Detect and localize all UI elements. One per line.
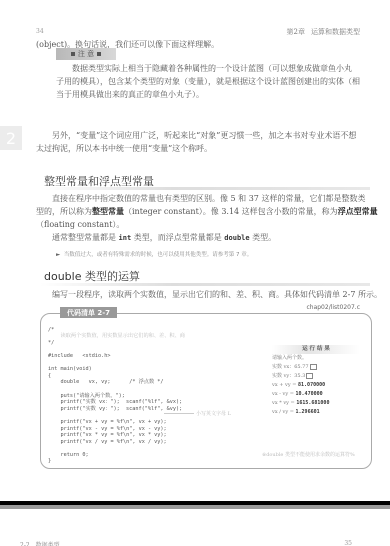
paragraph-line: 直接在程序中指定数值的常量也有类型的区别。像 5 和 37 这样的常量，它们都是…	[36, 192, 378, 205]
code-line: */	[48, 340, 185, 347]
enter-key-icon	[310, 364, 317, 370]
paragraph-line: （floating constant）。	[36, 218, 378, 231]
code-line: printf("vx / vy = %f\n", vx / vy);	[48, 439, 185, 446]
result-prompt: 请输入两个数。	[272, 354, 360, 363]
paragraph-line: 编写一段程序，读取两个实数值，显示出它们的和、差、积、商。具体如代码清单 2-7…	[52, 288, 382, 301]
paragraph-line: 太过拘泥，所以本书中统一使用“变量”这个称呼。	[36, 142, 356, 155]
value: 10.470000	[296, 391, 323, 397]
square-bullet-icon	[97, 52, 101, 56]
note-label-text: 注 意	[78, 49, 94, 59]
page-number-bottom: 35	[344, 540, 352, 546]
paragraph-line: 型的，所以称为整型常量（integer constant）。像 3.14 这样包…	[36, 205, 378, 218]
listing-label: 代码清单 2-7	[60, 307, 117, 318]
heading-rule	[40, 187, 370, 190]
code-line: printf("vx - vy = %f\n", vx - vy);	[48, 426, 185, 433]
code-line	[48, 346, 185, 353]
code-block: /* 读取两个实数值，用实数显示出它们的和、差、积、商*/ #include <…	[48, 320, 185, 472]
result-input-vy: 实数 vy：35.3	[272, 372, 360, 381]
chapter-title: 运算和数据类型	[311, 28, 360, 36]
code-line: #include <stdio.h>	[48, 353, 185, 360]
note-body: 数据类型实际上相当于隐藏着各种属性的一个设计蓝图（可以想象成做章鱼小丸 子用的模…	[56, 62, 360, 101]
chapter-tab: 2	[0, 126, 22, 150]
value: 65.77	[294, 364, 308, 370]
note-line: 当于用模具做出来的真正的章鱼小丸子）。	[56, 88, 360, 101]
text: 类型，而浮点型常量都是	[131, 233, 224, 242]
page-divider-gray	[0, 505, 390, 509]
callout-return: ※double 类型不能使用求余数的运算符%	[262, 451, 355, 458]
paragraph-line: 另外，“变量”这个词应用广泛，听起来比“对象”更习惯一些，加之本书对专业术语不想	[36, 129, 356, 142]
expr: vx - vy =	[272, 391, 296, 397]
note-line: 子用的模具），包含某个类型的对象（变量），就是根据这个设计蓝图创建出的实体（相	[56, 75, 360, 88]
callout-leader	[164, 413, 194, 414]
code-line	[48, 445, 185, 452]
expr: vx / vy =	[272, 409, 296, 415]
paragraph-line: 通常整型常量都是 int 类型，而浮点型常量都是 double 类型。	[36, 231, 378, 245]
heading-rule	[40, 283, 370, 286]
code-line	[48, 360, 185, 367]
result-header: 运 行 结 果	[272, 345, 360, 354]
text: 类型。	[250, 233, 277, 242]
code-line: }	[48, 458, 185, 465]
text: 型的，所以称为	[36, 207, 92, 216]
result-output: vx / vy = 1.296601	[272, 408, 360, 417]
section-title: 数据类型	[36, 542, 60, 546]
note-label: 注 意	[56, 48, 116, 60]
running-footer: 2-2数据类型	[20, 540, 60, 546]
run-result: 运 行 结 果 请输入两个数。 实数 vx：65.77 实数 vy：35.3 v…	[272, 345, 360, 417]
triangle-bullet-icon: ►	[56, 252, 60, 258]
square-bullet-icon	[71, 52, 75, 56]
text: （integer constant）。像 3.14 这样包含小数的常量，称为	[124, 207, 338, 216]
code-line: return 0;	[48, 452, 185, 459]
bullet-note: ► 当数值过大，或者有特殊需求的时候，也可以使用其他类型。请参考第 7 章。	[56, 250, 252, 258]
term-floating-constant: 浮点型常量	[338, 206, 378, 216]
value: 1.296601	[296, 409, 320, 415]
enter-key-icon	[306, 373, 313, 379]
chapter-number: 第2章	[287, 28, 305, 36]
result-output: vx * vy = 1615.681000	[272, 399, 360, 408]
result-output: vx - vy = 10.470000	[272, 390, 360, 399]
code-line: 读取两个实数值，用实数显示出它们的和、差、积、商	[48, 333, 185, 340]
value: 81.070000	[298, 382, 325, 388]
result-output: vx + vy = 81.070000	[272, 381, 360, 390]
term-integer-constant: 整型常量	[92, 206, 124, 216]
value: 1615.681000	[296, 400, 329, 406]
section1-body: 直接在程序中指定数值的常量也有类型的区别。像 5 和 37 这样的常量，它们都是…	[36, 192, 378, 245]
text: 通常整型常量都是	[52, 233, 119, 242]
code-line: printf("实数 vy："); scanf("%lf", &vy);	[48, 406, 185, 413]
section-heading: double 类型的运算	[44, 268, 140, 284]
code-line: double vx, vy; /* 浮点数 */	[48, 379, 185, 386]
code-line: printf("实数 vx："); scanf("%lf", &vx);	[48, 399, 185, 406]
label: 实数 vy：	[272, 373, 294, 379]
bullet-text: 当数值过大，或者有特殊需求的时候，也可以使用其他类型。请参考第 7 章。	[64, 252, 253, 258]
code-line: int main(void)	[48, 366, 185, 373]
running-header: 第2章运算和数据类型	[287, 27, 360, 37]
page-number-top: 34	[36, 28, 44, 35]
callout-scanf: 小写英文字母 L	[196, 410, 231, 417]
keyword-double: double	[224, 234, 249, 242]
section-number: 2-2	[20, 542, 30, 546]
code-line: printf("vx + vy = %f\n", vx + vy);	[48, 419, 185, 426]
keyword-int: int	[119, 234, 132, 242]
note-line: 数据类型实际上相当于隐藏着各种属性的一个设计蓝图（可以想象成做章鱼小丸	[56, 62, 360, 75]
expr: vx * vy =	[272, 400, 296, 406]
value: 35.3	[294, 373, 305, 379]
label: 实数 vx：	[272, 364, 294, 370]
result-input-vx: 实数 vx：65.77	[272, 363, 360, 372]
code-line: printf("vx * vy = %f\n", vx * vy);	[48, 432, 185, 439]
listing-filename: chap02/list0207.c	[306, 304, 360, 311]
paragraph-variable: 另外，“变量”这个词应用广泛，听起来比“对象”更习惯一些，加之本书对专业术语不想…	[36, 129, 356, 155]
expr: vx + vy =	[272, 382, 298, 388]
code-line	[48, 386, 185, 393]
